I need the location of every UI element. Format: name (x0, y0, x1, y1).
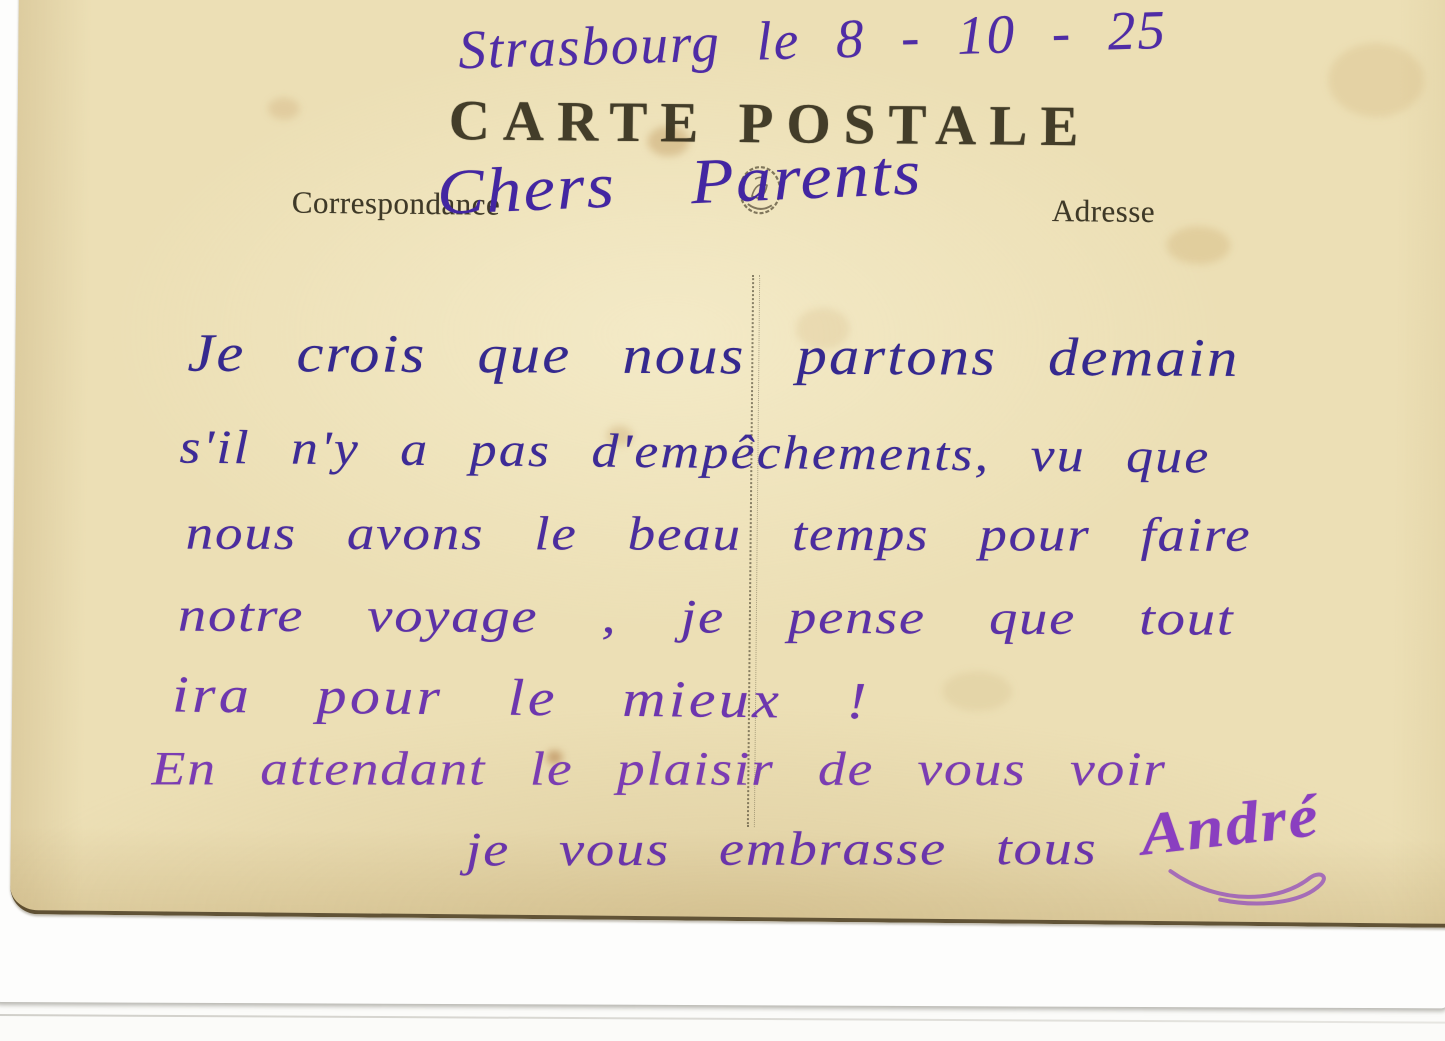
handwritten-message-line: ira pour le mieux ! (172, 666, 871, 732)
stain (1328, 43, 1425, 118)
handwritten-message-line: nous avons le beau temps pour faire (186, 506, 1252, 563)
stain (942, 671, 1012, 712)
handwritten-message-line: notre voyage , je pense que tout (178, 588, 1235, 647)
postcard: CARTE POSTALE Correspondance Adresse Str… (10, 0, 1445, 928)
signature-flourish (1160, 861, 1341, 918)
backing-fold-line (0, 1014, 1445, 1024)
handwritten-message-line: je vous embrasse tous (465, 821, 1097, 877)
stain (1166, 226, 1230, 265)
address-label: Adresse (1052, 193, 1156, 230)
stain (268, 97, 300, 119)
handwritten-message-line: s'il n'y a pas d'empêchements, vu que (179, 420, 1211, 485)
handwritten-message-line: En attendant le plaisir de vous voir (151, 741, 1166, 797)
handwritten-dateline: Strasbourg le 8 - 10 - 25 (457, 0, 1167, 81)
handwritten-message-line: Je crois que nous partons demain (187, 322, 1239, 389)
